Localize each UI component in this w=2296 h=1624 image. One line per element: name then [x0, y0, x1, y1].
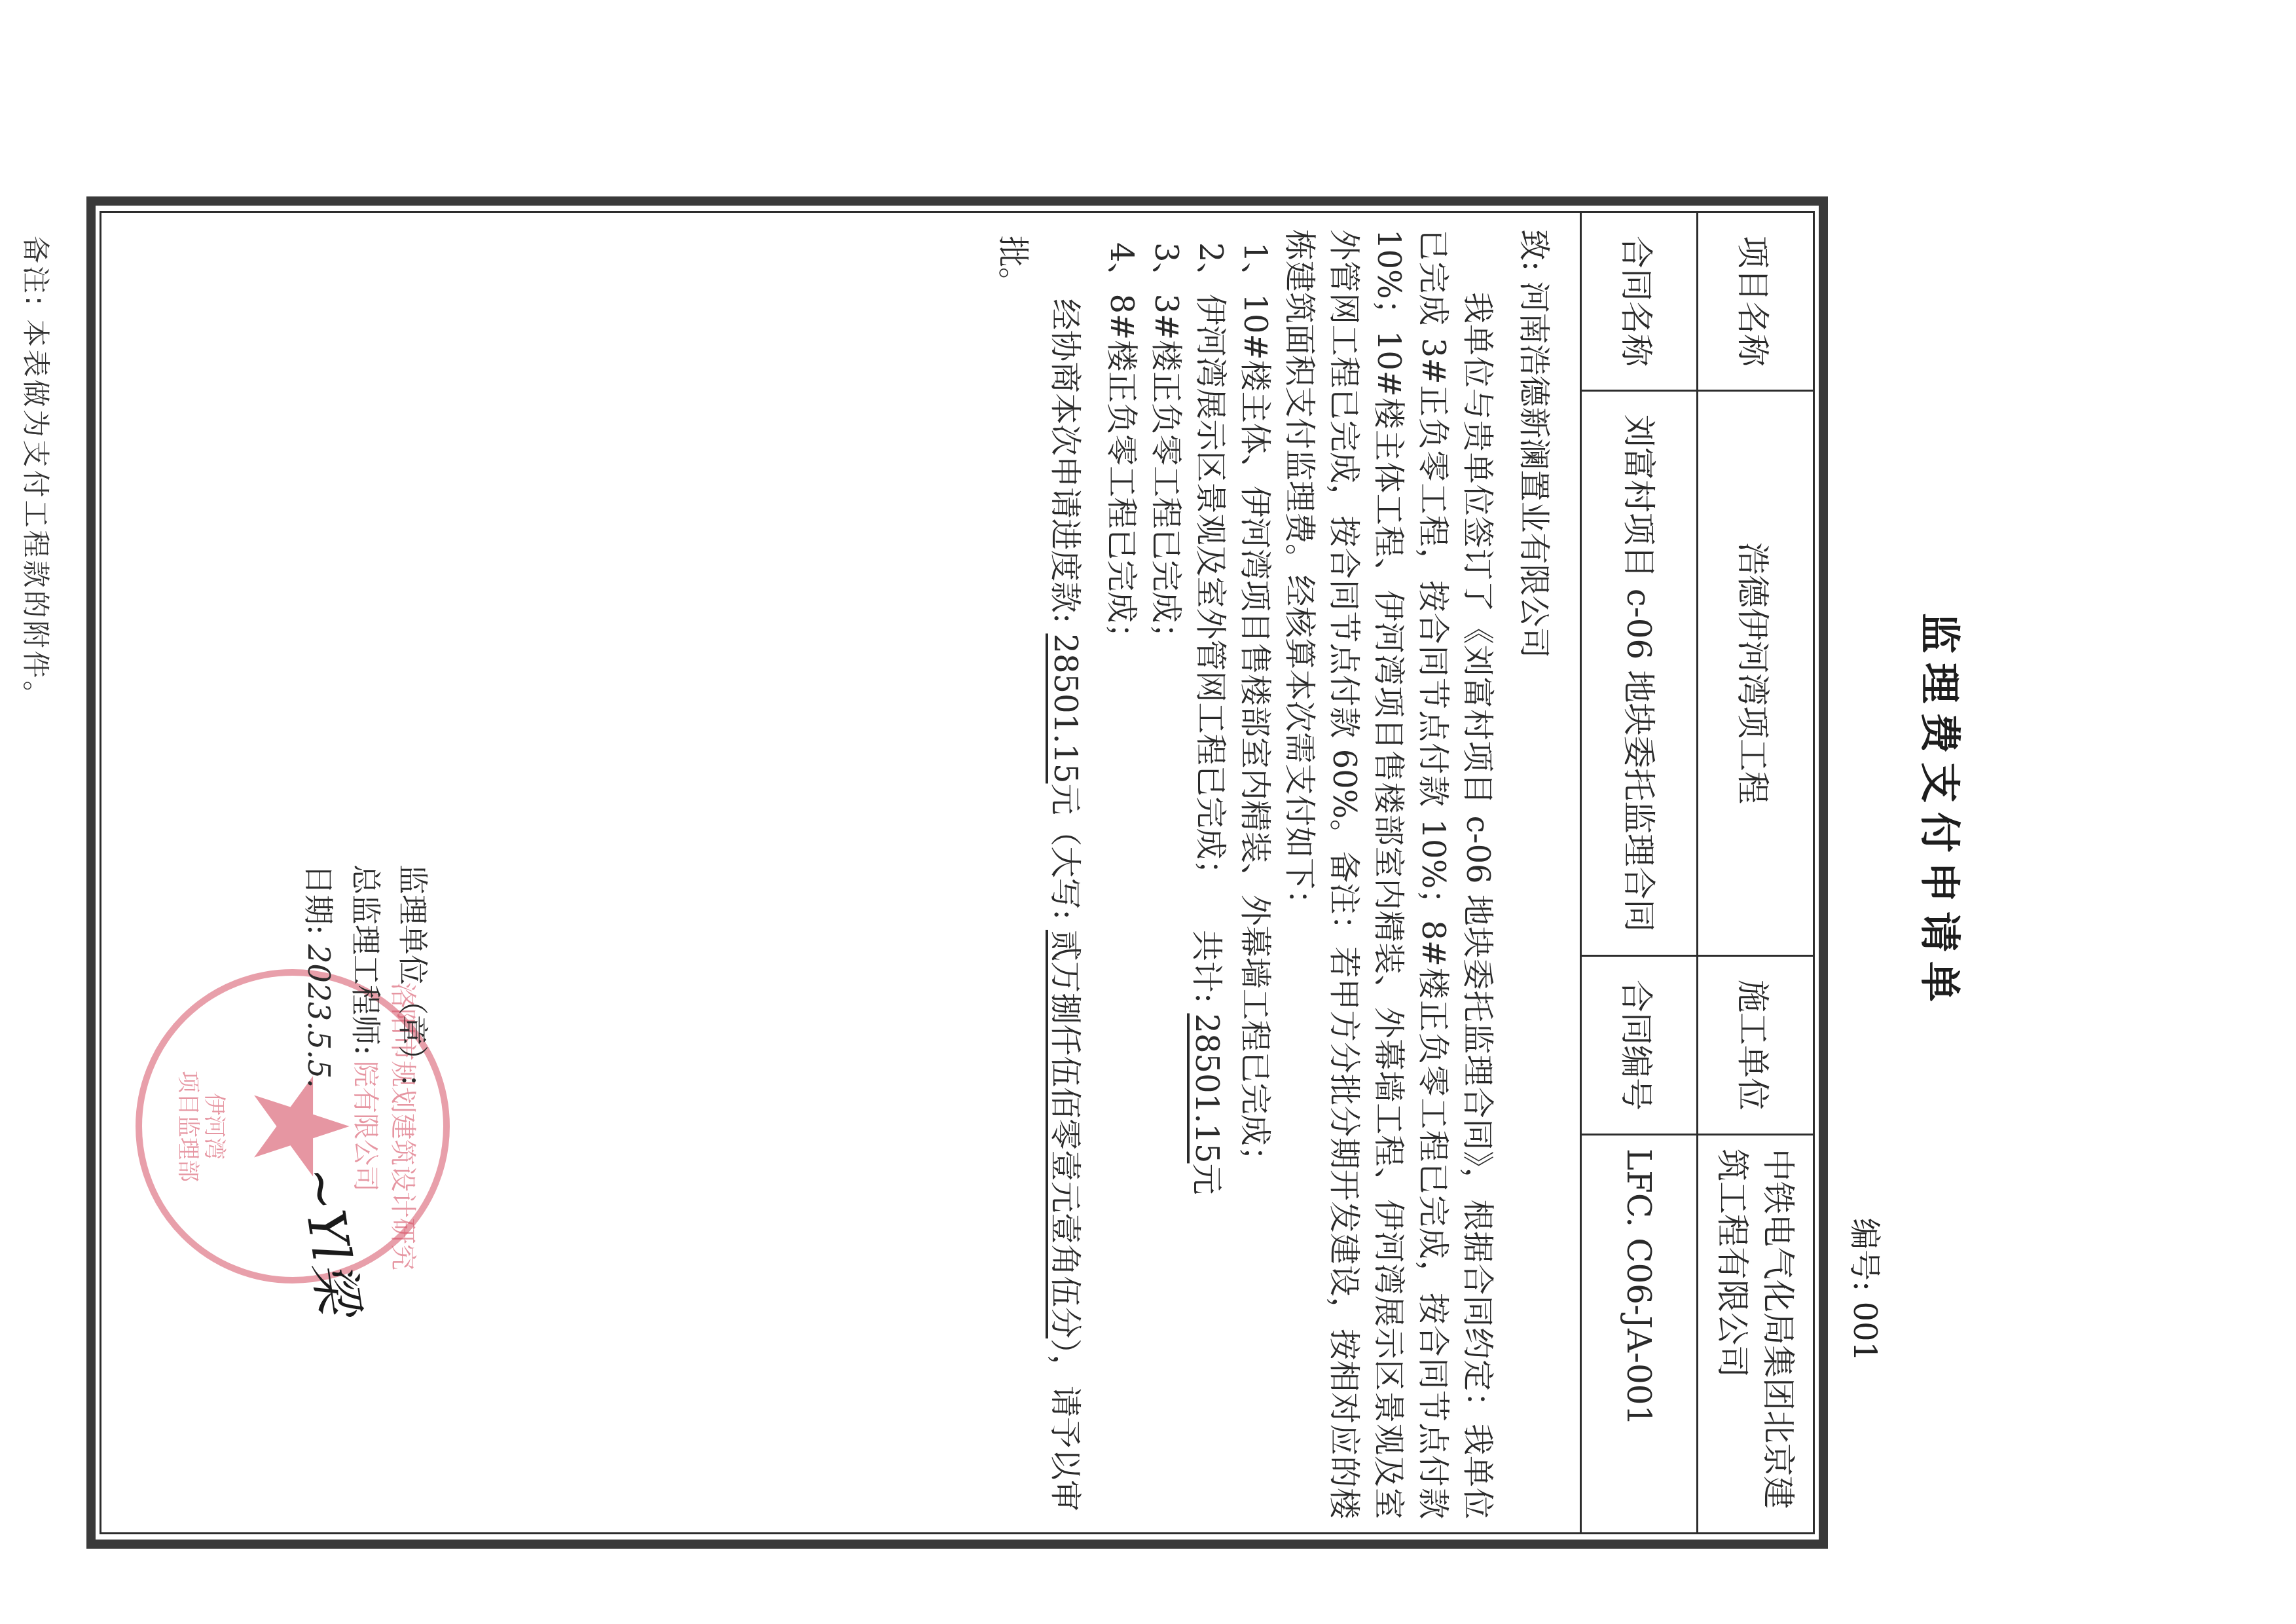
request-statement: 经协商本次申请进度款: 28501.15元（大写: 贰万捌仟伍佰零壹元壹角伍分）…: [987, 236, 1091, 1526]
date-value: 2023.5.5.: [301, 944, 337, 1088]
request-amount-words: 贰万捌仟伍佰零壹元壹角伍分: [1047, 930, 1084, 1338]
document-page: 监理费支付申请单 编号: 001 项目名称 浩德伊河湾项工程 施工单位 中铁电气…: [0, 0, 2296, 1624]
addressee-value: 河南浩德新澜置业有限公司: [1516, 281, 1552, 658]
seal-inner-text: 伊河湾 项目监理部: [175, 976, 227, 1277]
document-title: 监理费支付申请单: [1914, 0, 1972, 1624]
contract-name-label: 合同名称: [1581, 213, 1698, 391]
serial-label: 编号:: [1846, 1218, 1883, 1291]
addressee-label: 致:: [1516, 229, 1552, 271]
date-label: 日期:: [301, 864, 337, 935]
payment-item: 1、10#楼主体、伊河湾项目售楼部室内精装、外幕墙工程已完成；: [1233, 242, 1277, 1519]
request-unit: 元（大写:: [1047, 783, 1084, 919]
payment-item: 3、3#楼正负零工程已完成；: [1144, 242, 1188, 1519]
total-line: 共计: 28501.15元: [1187, 930, 1232, 1195]
payment-item: 2、伊河湾展示区景观及室外管网工程已完成；: [1188, 242, 1233, 1519]
total-unit: 元: [1188, 1163, 1225, 1194]
request-prefix: 经协商本次申请进度款:: [1047, 299, 1084, 623]
body-paragraph: 我单位与贵单位签订了《刘富村项目 c-06 地块委托监理合同》，根据合同约定：我…: [1277, 229, 1500, 1519]
header-row-2: 合同名称 刘富村项目 c-06 地块委托监理合同 合同编号 LFC. C06-J…: [1581, 213, 1698, 1532]
date-line: 日期: 2023.5.5.: [295, 864, 342, 1088]
header-row-1: 项目名称 浩德伊河湾项工程 施工单位 中铁电气化局集团北京建筑工程有限公司: [1698, 213, 1813, 1532]
addressee: 致: 河南浩德新澜置业有限公司: [1512, 229, 1556, 1526]
total-value: 28501.15: [1188, 1013, 1225, 1163]
contract-no-value: LFC. C06-JA-001: [1581, 1135, 1698, 1533]
header-table: 项目名称 浩德伊河湾项工程 施工单位 中铁电气化局集团北京建筑工程有限公司 合同…: [1580, 213, 1813, 1532]
chief-engineer-label: 总监理工程师:: [342, 864, 390, 1088]
request-amount: 28501.15: [1047, 633, 1084, 783]
footnote: 备注: 本表做为支付工程款的附件。: [18, 236, 57, 711]
signoff-block: 监理单位（章）: 总监理工程师: 日期: 2023.5.5.: [295, 864, 437, 1088]
project-name-value: 浩德伊河湾项工程: [1698, 391, 1813, 956]
contractor-value: 中铁电气化局集团北京建筑工程有限公司: [1698, 1135, 1813, 1533]
contract-name-value: 刘富村项目 c-06 地块委托监理合同: [1581, 391, 1698, 956]
project-name-label: 项目名称: [1698, 213, 1813, 391]
contractor-label: 施工单位: [1698, 956, 1813, 1135]
application-body: 致: 河南浩德新澜置业有限公司 我单位与贵单位签订了《刘富村项目 c-06 地块…: [1099, 223, 1563, 1526]
serial-number: 编号: 001: [1845, 1218, 1890, 1361]
contract-no-label: 合同编号: [1581, 956, 1698, 1135]
payment-items-list: 1、10#楼主体、伊河湾项目售楼部室内精装、外幕墙工程已完成； 2、伊河湾展示区…: [1099, 242, 1277, 1519]
serial-value: 001: [1846, 1301, 1883, 1361]
total-label: 共计:: [1188, 930, 1225, 1003]
payment-item: 4、8#楼正负零工程已完成；: [1099, 242, 1144, 1519]
supervision-unit-label: 监理单位（章）:: [390, 864, 437, 1088]
